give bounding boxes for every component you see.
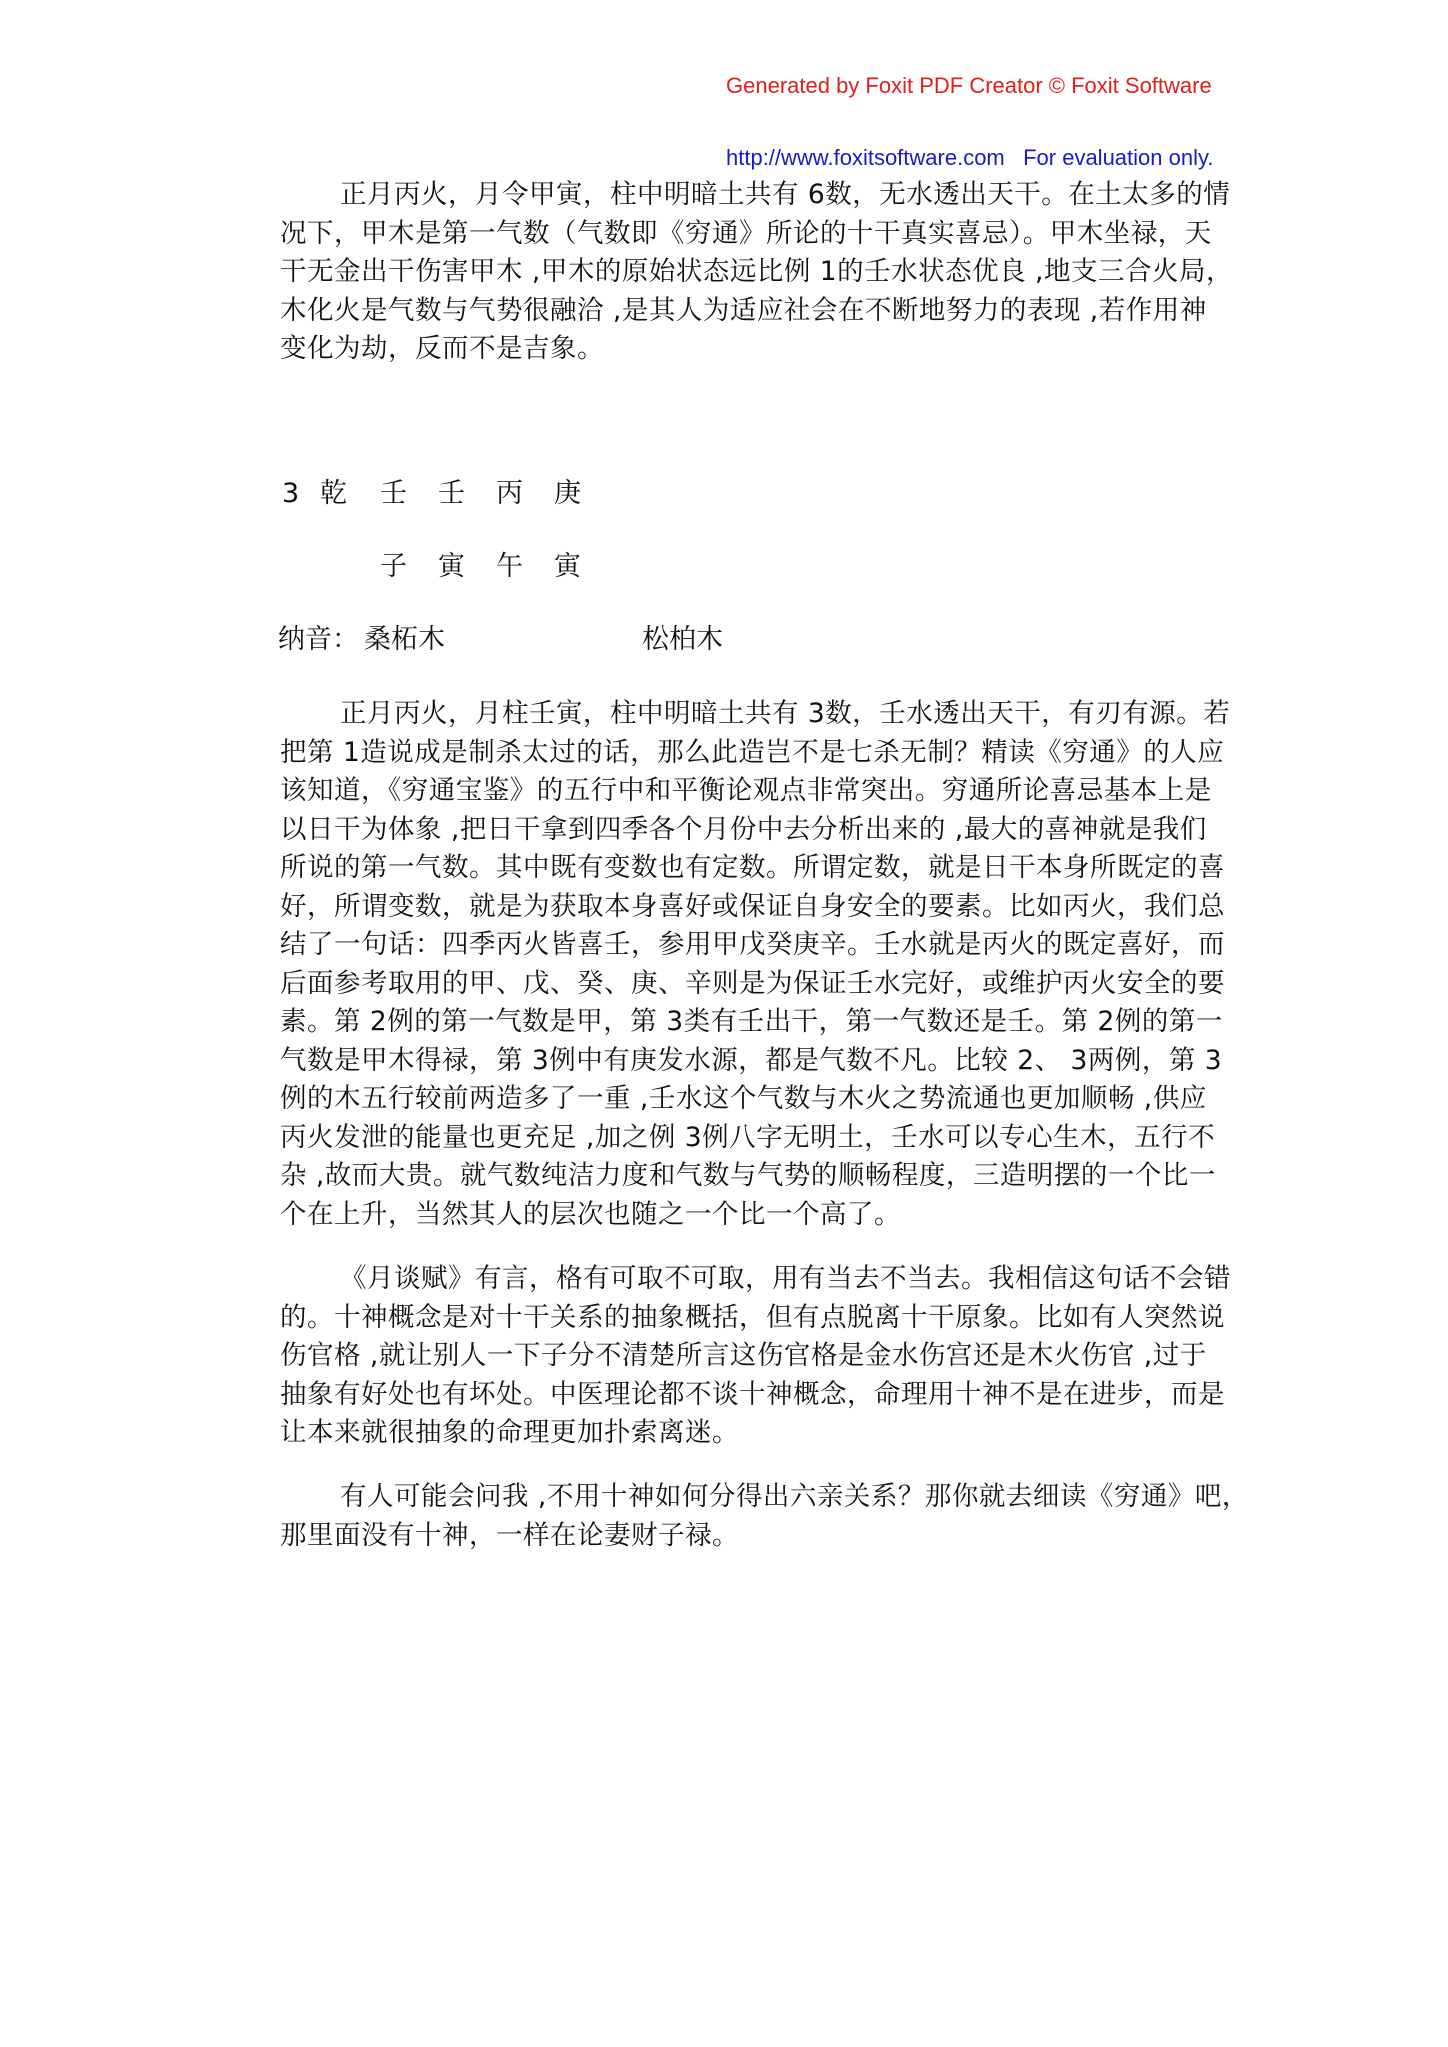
text-line: 素。第 2例的第一气数是甲，第 3类有壬出干，第一气数还是壬。第 2例的第一 [220,1003,1240,1042]
branch-year: 子 [380,551,407,583]
text-line: 结了一句话：四季丙火皆喜壬，参用甲戊癸庚辛。壬水就是丙火的既定喜好，而 [220,926,1240,965]
paragraph-1: 正月丙火，月令甲寅，柱中明暗土共有 6数，无水透出天干。在土太多的情 况下，甲木… [220,176,1240,369]
text-line: 正月丙火，月令甲寅，柱中明暗土共有 6数，无水透出天干。在土太多的情 [220,176,1240,215]
foxit-watermark: Generated by Foxit PDF Creator © Foxit S… [726,26,1213,194]
stem-hour: 庚 [554,478,581,510]
stem-year: 壬 [380,478,407,510]
watermark-line-1: Generated by Foxit PDF Creator © Foxit S… [726,74,1213,98]
text-line: 况下，甲木是第一气数（气数即《穷通》所论的十干真实喜忌）。甲木坐禄，天 [220,215,1240,254]
paragraph-3: 《月谈赋》有言，格有可取不可取，用有当去不当去。我相信这句话不会错 的。十神概念… [220,1260,1240,1453]
text-line: 所说的第一气数。其中既有变数也有定数。所谓定数，就是日干本身所既定的喜 [220,849,1240,888]
text-line: 伤官格 ,就让别人一下子分不清楚所言这伤官格是金水伤宫还是木火伤官 ,过于 [220,1337,1240,1376]
nayin-day: 松柏木 [642,624,723,656]
chart-gender: 乾 [320,478,347,510]
text-line: 变化为劫，反而不是吉象。 [220,330,1240,369]
stem-month: 壬 [438,478,465,510]
text-line: 例的木五行较前两造多了一重 ,壬水这个气数与木火之势流通也更加顺畅 ,供应 [220,1080,1240,1119]
text-line: 那里面没有十神，一样在论妻财子禄。 [220,1517,1240,1556]
branch-hour: 寅 [554,551,581,583]
text-line: 有人可能会问我 ,不用十神如何分得出六亲关系？那你就去细读《穷通》吧， [220,1478,1240,1517]
text-line: 让本来就很抽象的命理更加扑索离迷。 [220,1414,1240,1453]
nayin-year: 桑柘木 [364,624,445,656]
text-line: 后面参考取用的甲、戊、癸、庚、辛则是为保证壬水完好，或维护丙火安全的要 [220,965,1240,1004]
text-line: 的。十神概念是对十干关系的抽象概括，但有点脱离十干原象。比如有人突然说 [220,1299,1240,1338]
nayin-label: 纳音： [278,624,359,656]
paragraph-2: 正月丙火，月柱壬寅，柱中明暗土共有 3数，壬水透出天干，有刃有源。若 把第 1造… [220,695,1240,1234]
branch-month: 寅 [438,551,465,583]
paragraph-4: 有人可能会问我 ,不用十神如何分得出六亲关系？那你就去细读《穷通》吧， 那里面没… [220,1478,1240,1555]
text-line: 干无金出干伤害甲木 ,甲木的原始状态远比例 1的壬水状态优良 ,地支三合火局， [220,253,1240,292]
text-line: 杂 ,故而大贵。就气数纯洁力度和气数与气势的顺畅程度，三造明摆的一个比一 [220,1157,1240,1196]
text-line: 正月丙火，月柱壬寅，柱中明暗土共有 3数，壬水透出天干，有刃有源。若 [220,695,1240,734]
branch-day: 午 [496,551,523,583]
text-line: 抽象有好处也有坏处。中医理论都不谈十神概念，命理用十神不是在进步，而是 [220,1376,1240,1415]
stem-day: 丙 [496,478,523,510]
chart-number: 3 [282,478,299,510]
text-line: 该知道，《穷通宝鉴》的五行中和平衡论观点非常突出。穷通所论喜忌基本上是 [220,772,1240,811]
text-line: 丙火发泄的能量也更充足 ,加之例 3例八字无明土，壬水可以专心生木，五行不 [220,1119,1240,1158]
text-line: 木化火是气数与气势很融洽 ,是其人为适应社会在不断地努力的表现 ,若作用神 [220,292,1240,331]
text-line: 把第 1造说成是制杀太过的话，那么此造岂不是七杀无制？精读《穷通》的人应 [220,734,1240,773]
text-line: 好，所谓变数，就是为获取本身喜好或保证自身安全的要素。比如丙火，我们总 [220,888,1240,927]
watermark-line-2: http://www.foxitsoftware.com For evaluat… [726,146,1213,170]
text-line: 《月谈赋》有言，格有可取不可取，用有当去不当去。我相信这句话不会错 [220,1260,1240,1299]
text-line: 气数是甲木得禄，第 3例中有庚发水源，都是气数不凡。比较 2、 3两例，第 3 [220,1042,1240,1081]
text-line: 个在上升，当然其人的层次也随之一个比一个高了。 [220,1196,1240,1235]
text-line: 以日干为体象 ,把日干拿到四季各个月份中去分析出来的 ,最大的喜神就是我们 [220,811,1240,850]
